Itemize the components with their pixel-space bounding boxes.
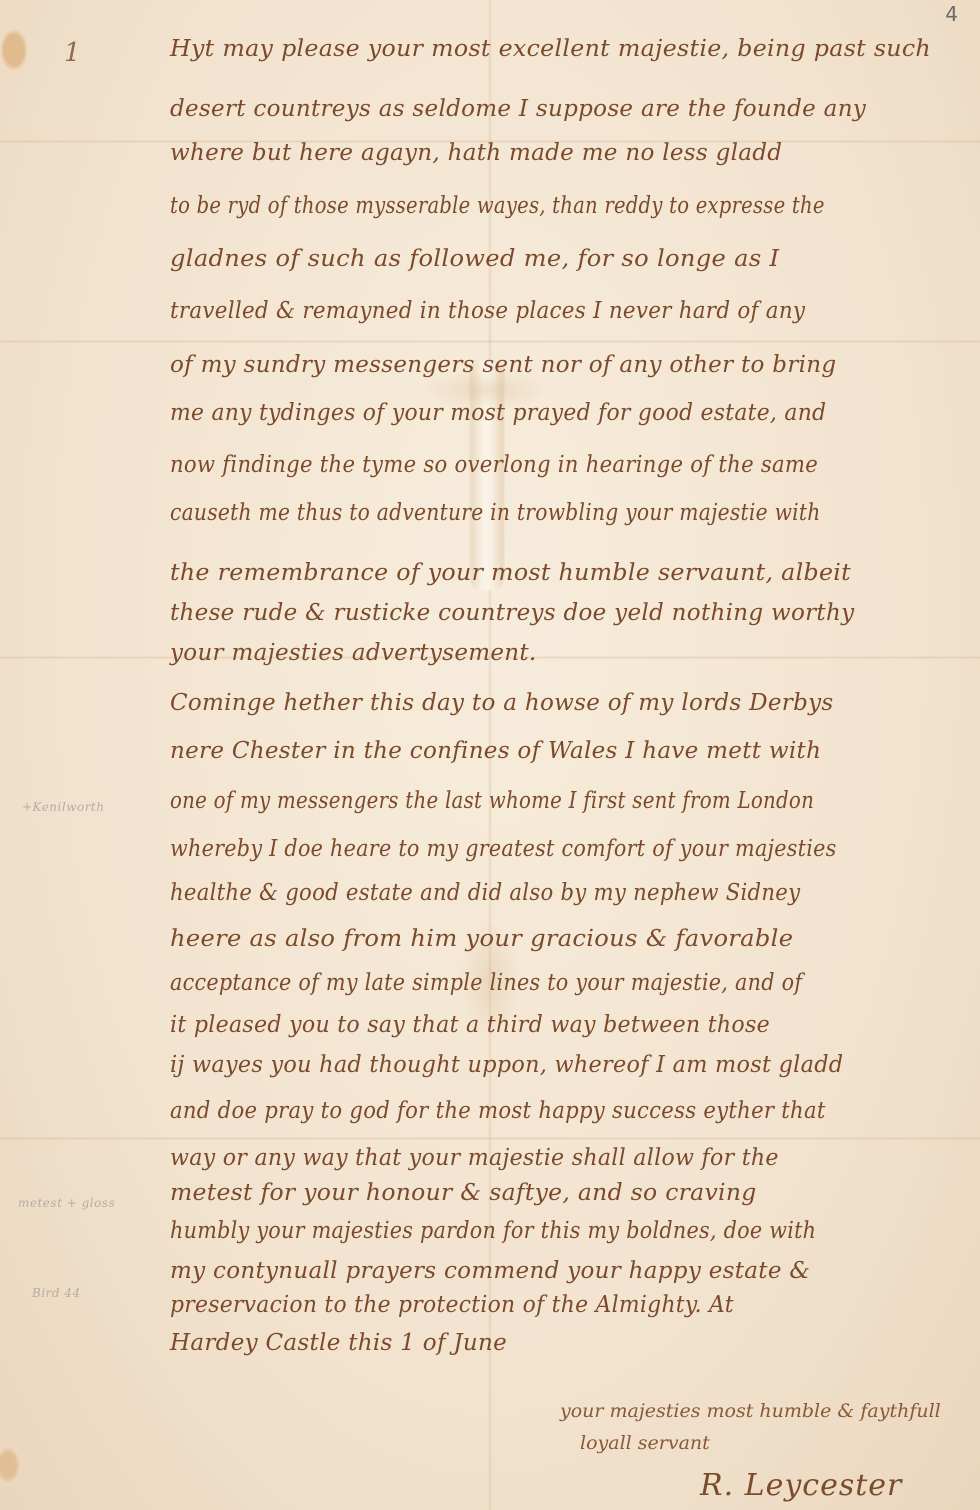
letter-line: travelled & remayned in those places I n… xyxy=(170,298,805,324)
letter-line: acceptance of my late simple lines to yo… xyxy=(170,970,802,996)
letter-line: metest for your honour & saftye, and so … xyxy=(170,1180,757,1206)
letter-line: heere as also from him your gracious & f… xyxy=(170,926,793,952)
letter-line: Hyt may please your most excellent majes… xyxy=(170,36,931,62)
closing-line: loyall servant xyxy=(580,1432,710,1454)
letter-line: gladnes of such as followed me, for so l… xyxy=(170,246,779,272)
manuscript-page: 4 1 +Kenilworth metest + gloss Bird 44 H… xyxy=(0,0,980,1510)
fold-line xyxy=(0,340,980,343)
letter-line: causeth me thus to adventure in trowblin… xyxy=(170,500,821,526)
margin-note-pencil: Bird 44 xyxy=(32,1286,81,1300)
letter-line: humbly your majesties pardon for this my… xyxy=(170,1218,816,1244)
letter-line: Hardey Castle this 1 of June xyxy=(170,1330,507,1356)
margin-note-pencil: metest + gloss xyxy=(18,1196,115,1210)
letter-line: nere Chester in the confines of Wales I … xyxy=(170,738,821,764)
letter-line: ij wayes you had thought uppon, whereof … xyxy=(170,1052,843,1078)
letter-line: these rude & rusticke countreys doe yeld… xyxy=(170,600,854,626)
letter-line: desert countreys as seldome I suppose ar… xyxy=(170,96,866,122)
letter-line: me any tydinges of your most prayed for … xyxy=(170,400,826,426)
letter-line: of my sundry messengers sent nor of any … xyxy=(170,352,836,378)
letter-line: whereby I doe heare to my greatest comfo… xyxy=(170,836,837,862)
letter-line: my contynuall prayers commend your happy… xyxy=(170,1258,810,1284)
margin-note-pencil: +Kenilworth xyxy=(22,800,105,814)
letter-line: preservacion to the protection of the Al… xyxy=(170,1292,734,1318)
folio-number: 4 xyxy=(945,2,958,26)
letter-line: way or any way that your majestie shall … xyxy=(170,1145,779,1171)
letter-line: where but here agayn, hath made me no le… xyxy=(170,140,782,166)
margin-number: 1 xyxy=(64,38,81,68)
fold-line xyxy=(0,1137,980,1140)
letter-line: one of my messengers the last whome I fi… xyxy=(170,788,814,814)
letter-line: Cominge hether this day to a howse of my… xyxy=(170,690,834,716)
signature: R. Leycester xyxy=(700,1468,902,1503)
letter-line: and doe pray to god for the most happy s… xyxy=(170,1098,826,1124)
letter-line: your majesties advertysement. xyxy=(170,640,537,666)
letter-line: the remembrance of your most humble serv… xyxy=(170,560,851,586)
closing-line: your majesties most humble & faythfull xyxy=(560,1400,941,1422)
letter-line: it pleased you to say that a third way b… xyxy=(170,1012,770,1038)
letter-line: to be ryd of those mysserable wayes, tha… xyxy=(170,193,825,219)
letter-line: healthe & good estate and did also by my… xyxy=(170,880,800,906)
letter-line: now findinge the tyme so overlong in hea… xyxy=(170,452,818,478)
